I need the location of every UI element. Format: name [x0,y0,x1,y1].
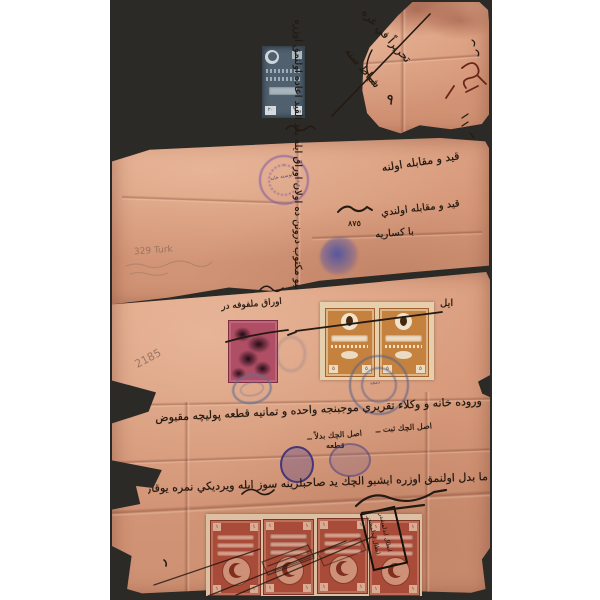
red-revenue-stamp: ۱ ۱ ۱ ۱ [210,520,261,596]
stamp-ornament [331,345,368,348]
crescent-circle-icon [329,555,358,584]
crescent-circle-icon [222,557,251,586]
stamp-value-box: ۱ [266,522,274,530]
stamp-band [270,550,307,555]
stamp-band [324,541,361,546]
stamp-band [331,335,368,342]
stamp-value-box: ۱ [303,584,311,592]
blue-smudged-postmark [320,237,358,275]
crease [400,2,406,132]
stamp-band [217,535,254,540]
red-revenue-stamp: ۱ ۱ ۱ ۱ [263,519,314,595]
crescent-icon [265,50,279,64]
crescent-icon [229,563,244,578]
stamp-oval [395,351,412,359]
crescent-icon [336,561,351,576]
stamp-value-box: ۱ [250,585,258,593]
stamp-band [270,542,307,547]
stamp-value-box: ۱ [357,583,365,591]
stamp-value-box: ۱ [213,523,221,531]
stamp-ornament [385,345,422,348]
stamp-value-box: ۱ [250,523,258,531]
stamp-band [217,543,254,548]
stamp-value-box: ۱ [409,523,417,531]
crescent-icon [282,562,297,577]
crease [184,402,190,596]
docket-number: ٨٧٥ [348,219,361,228]
ottoman-mark: ايل [440,298,453,310]
stamp-value-box: ۱ [213,585,221,593]
stamp-value-box: ٥ [329,365,338,373]
stamp-band [270,534,307,539]
photo-canvas: ٢٠ ٢٠ ٢٠ تحريراً في غره شباط سنه ٩ پوسته… [0,0,600,600]
crease [290,53,480,71]
stamp-band [385,335,422,342]
stamp-value-box: ۱ [303,522,311,530]
stamp-band [217,551,254,556]
stamp-value-box: ۱ [320,583,328,591]
faint-postmark-imprint [276,336,306,372]
purple-seal-faint [329,443,371,477]
stamp-value-box: ۱ [409,585,417,593]
red-revenue-stamp: ۱ ۱ ۱ ۱ [317,518,368,594]
tughra-circle-icon [395,313,412,330]
crescent-circle-icon [275,556,304,585]
stamp-value-box: ۱ [266,584,274,592]
stamp-oval [341,351,358,359]
stamp-band [324,549,361,554]
stamp-value-box: ٢٠ [265,106,276,115]
stamp-band [324,533,361,538]
stamp-value-box: ۱ [372,585,380,593]
vertical-ottoman-script: اشبو مكتوب درونن ده اولان اوراق ايله بعد… [292,148,304,298]
stamp-value-box: ۱ [320,521,328,529]
stamp-value-box: ٥ [416,365,425,373]
tughra-circle-icon [341,313,358,330]
photo-background: ٢٠ ٢٠ ٢٠ تحريراً في غره شباط سنه ٩ پوسته… [110,0,492,600]
